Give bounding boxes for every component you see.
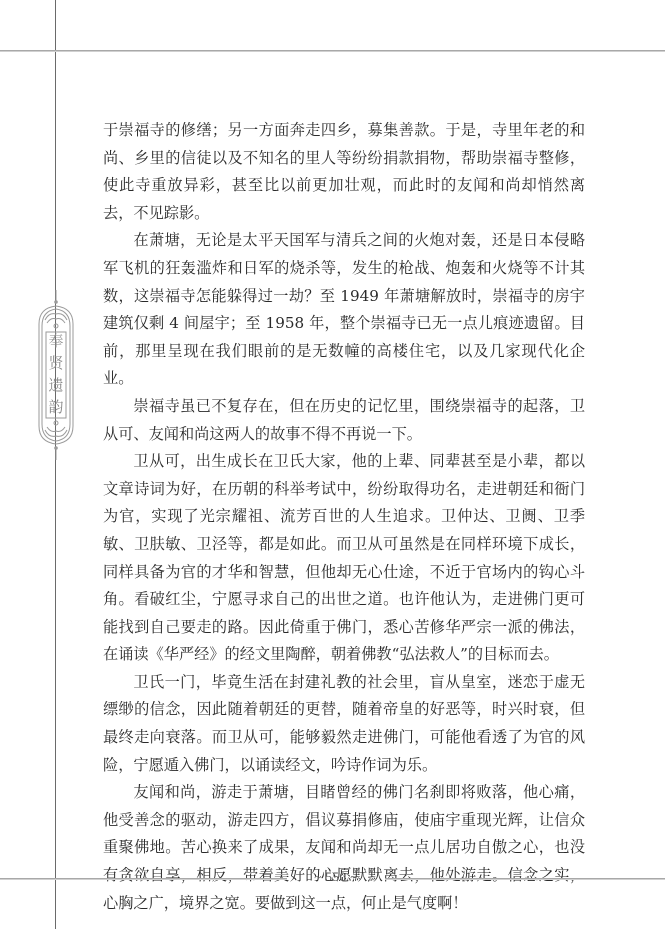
paragraph: 卫氏一门，毕竟生活在封建礼教的社会里，盲从皇室，迷恋于虚无缥缈的信念，因此随着朝… [103, 669, 585, 779]
badge-title: 奉 贤 遗 韵 [42, 330, 70, 418]
badge-char: 贤 [48, 352, 63, 374]
header-horizontal-rule [0, 50, 665, 52]
paragraph: 卫从可，出生成长在卫氏大家，他的上辈、同辈甚至是小辈，都以文章诗词为好，在历朝的… [103, 448, 585, 669]
paragraph: 于崇福寺的修缮；另一方面奔走四乡，募集善款。于是，寺里年老的和尚、乡里的信徒以及… [103, 117, 585, 227]
margin-vertical-rule [55, 0, 56, 929]
badge-char: 韵 [48, 396, 63, 418]
paragraph: 友闻和尚，游走于萧塘，目睹曾经的佛门名刹即将败落，他心痛，他受善念的驱动，游走四… [103, 779, 585, 917]
section-badge: 奉 贤 遗 韵 [25, 290, 87, 460]
body-text: 于崇福寺的修缮；另一方面奔走四乡，募集善款。于是，寺里年老的和尚、乡里的信徒以及… [103, 117, 585, 917]
badge-char: 遗 [48, 374, 63, 396]
paragraph: 崇福寺虽已不复存在，但在历史的记忆里，围绕崇福寺的起落，卫从可、友闻和尚这两人的… [103, 393, 585, 448]
footer-rule-right [385, 878, 665, 880]
page-number: ~ 550 ~ [287, 869, 385, 885]
badge-char: 奉 [48, 330, 63, 352]
paragraph: 在萧塘，无论是太平天国军与清兵之间的火炮对轰，还是日本侵略军飞机的狂轰滥炸和日军… [103, 227, 585, 393]
footer-rule-left [0, 878, 287, 880]
